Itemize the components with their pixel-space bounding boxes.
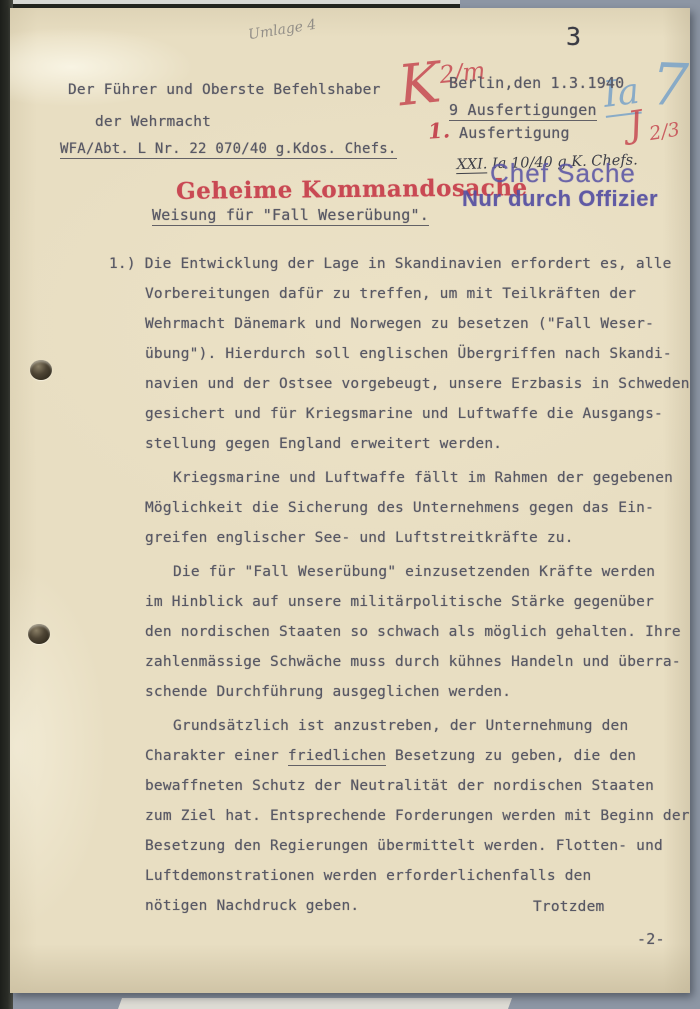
text-line: übung"). Hierdurch soll englischen Überg… — [145, 339, 700, 369]
text-line: gesichert und für Kriegsmarine und Luftw… — [145, 399, 700, 429]
text-line: navien und der Ostsee vorgebeugt, unsere… — [145, 369, 700, 399]
punch-hole-top — [30, 360, 52, 380]
letterhead-line-1: Der Führer und Oberste Befehlshaber — [68, 82, 381, 98]
letterhead-line-2: der Wehrmacht — [95, 114, 211, 130]
officer-only-stamp: Nur durch Offizier — [462, 186, 658, 212]
scanner-bottom-strip — [118, 998, 512, 1009]
text-line: im Hinblick auf unsere militärpolitische… — [145, 587, 700, 617]
text-line: Charakter einer friedlichen Besetzung zu… — [145, 741, 700, 771]
paragraph-1: 1.) Die Entwicklung der Lage in Skandina… — [145, 249, 700, 459]
text-line: Die für "Fall Weserübung" einzusetzenden… — [145, 557, 700, 587]
text-line: Luftdemonstrationen werden erforderliche… — [145, 861, 700, 891]
text-line: 1.) Die Entwicklung der Lage in Skandina… — [109, 249, 700, 279]
letterhead-file-number: WFA/Abt. L Nr. 22 070/40 g.Kdos. Chefs. — [60, 141, 397, 159]
text-line: bewaffneten Schutz der Neutralität der n… — [145, 771, 700, 801]
red-initial-2-date: 2/3 — [648, 118, 682, 145]
text-line: zum Ziel hat. Entsprechende Forderungen … — [145, 801, 700, 831]
document-page: Umlage 4 3 Ia7 K2/m J 2/3 Der Führer und… — [10, 8, 690, 993]
handwritten-copy-number: 1. — [427, 117, 451, 143]
text-line: greifen englischer See- und Luftstreitkr… — [145, 523, 700, 553]
punch-hole-bottom — [28, 624, 50, 644]
text-line: den nordischen Staaten so schwach als mö… — [145, 617, 700, 647]
text-line: nötigen Nachdruck geben. — [145, 891, 700, 921]
file-ref-group: XXI. — [456, 156, 487, 174]
text-line: zahlenmässige Schwäche muss durch kühnes… — [145, 647, 700, 677]
paragraph-4: Grundsätzlich ist anzustreben, der Unter… — [145, 711, 700, 921]
underlined-word: friedlichen — [288, 748, 386, 766]
red-initial: K — [395, 50, 443, 119]
catchword: Trotzdem — [533, 899, 604, 915]
chef-sache-stamp: Chef Sache — [490, 158, 636, 189]
page-number: -2- — [637, 930, 665, 948]
body-text: 1.) Die Entwicklung der Lage in Skandina… — [145, 249, 700, 921]
pencil-annotation: Umlage 4 — [247, 17, 317, 44]
paragraph-3: Die für "Fall Weserübung" einzusetzenden… — [145, 557, 700, 707]
text-line: Grundsätzlich ist anzustreben, der Unter… — [145, 711, 700, 741]
text-line: Wehrmacht Dänemark und Norwegen zu beset… — [145, 309, 700, 339]
text-line: stellung gegen England erweitert werden. — [145, 429, 700, 459]
text-line: Kriegsmarine und Luftwaffe fällt im Rahm… — [145, 463, 700, 493]
place-and-date: Berlin,den 1.3.1940 — [449, 74, 624, 92]
paragraph-2: Kriegsmarine und Luftwaffe fällt im Rahm… — [145, 463, 700, 553]
text-line: Vorbereitungen dafür zu treffen, um mit … — [145, 279, 700, 309]
copies-count: 9 Ausfertigungen — [449, 101, 597, 121]
text-line: Besetzung den Regierungen übermittelt we… — [145, 831, 700, 861]
text-line: Möglichkeit die Sicherung des Unternehme… — [145, 493, 700, 523]
directive-title: Weisung für "Fall Weserübung". — [152, 206, 429, 226]
text-line: schende Durchführung ausgeglichen werden… — [145, 677, 700, 707]
